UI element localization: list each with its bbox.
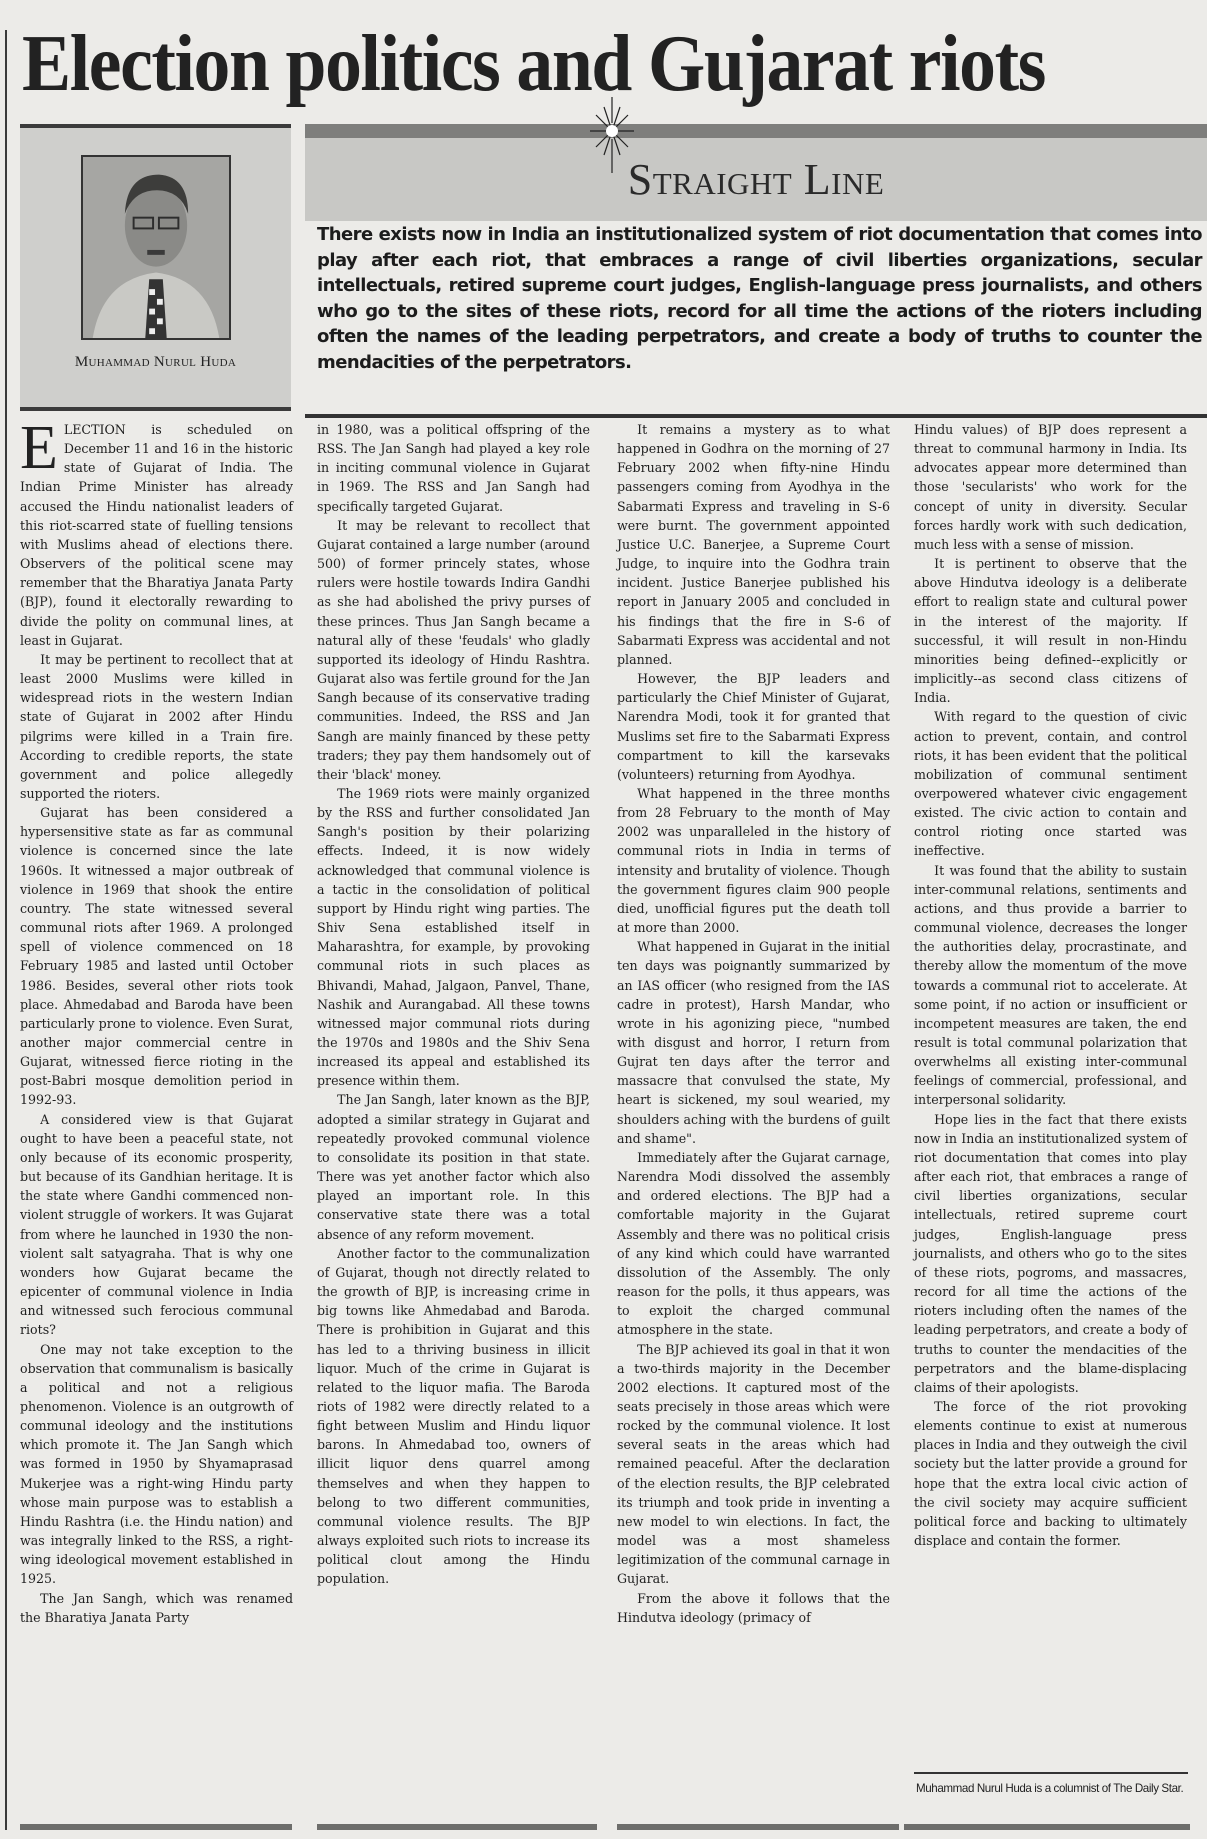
column-name: Straight Line [305,154,1207,206]
article-column-2: in 1980, was a political offspring of th… [317,420,590,1589]
bottom-rule [317,1824,597,1830]
paragraph: From the above it follows that the Hindu… [617,1589,890,1627]
paragraph: One may not take exception to the observ… [20,1340,293,1589]
drop-cap: E [20,422,58,474]
paragraph: The Jan Sangh, which was renamed the Bha… [20,1589,293,1627]
pull-quote: There exists now in India an institution… [317,222,1202,375]
paragraph: What happened in Gujarat in the initial … [617,937,890,1148]
article-column-4: Hindu values) of BJP does represent a th… [914,420,1187,1550]
banner-top-stripe [305,124,1207,138]
paragraph: The BJP achieved its goal in that it won… [617,1340,890,1589]
paragraph: The force of the riot provoking elements… [914,1397,1187,1550]
column-banner: Straight Line [305,124,1207,221]
paragraph: It is pertinent to observe that the abov… [914,554,1187,707]
paragraph: It remains a mystery as to what happened… [617,420,890,669]
paragraph: ELECTION is scheduled on December 11 and… [20,420,293,650]
headline: Election politics and Gujarat riots [22,14,1045,114]
author-note: Muhammad Nurul Huda is a columnist of Th… [916,1780,1192,1797]
bottom-rule [904,1824,1190,1830]
bottom-rule [617,1824,899,1830]
paragraph: Immediately after the Gujarat carnage, N… [617,1148,890,1340]
bottom-rule [20,1824,292,1830]
paragraph: However, the BJP leaders and particularl… [617,669,890,784]
paragraph: Hope lies in the fact that there exists … [914,1110,1187,1397]
paragraph: It may be pertinent to recollect that at… [20,650,293,803]
article-column-3: It remains a mystery as to what happened… [617,420,890,1627]
paragraph: in 1980, was a political offspring of th… [317,420,590,516]
author-note-rule [914,1772,1188,1774]
author-byline: Muhammad Nurul Huda [20,354,291,371]
paragraph: Gujarat has been considered a hypersensi… [20,803,293,1110]
paragraph: The Jan Sangh, later known as the BJP, a… [317,1090,590,1243]
author-photo-box: Muhammad Nurul Huda [20,124,291,411]
paragraph: Another factor to the communalization of… [317,1244,590,1589]
article-column-1: ELECTION is scheduled on December 11 and… [20,420,293,1627]
paragraph: With regard to the question of civic act… [914,707,1187,860]
starburst-icon [582,95,642,175]
author-photo [81,155,231,340]
portrait-icon [83,157,229,338]
paragraph: Hindu values) of BJP does represent a th… [914,420,1187,554]
paragraph: What happened in the three months from 2… [617,784,890,937]
paragraph: The 1969 riots were mainly organized by … [317,784,590,1091]
paragraph: A considered view is that Gujarat ought … [20,1110,293,1340]
pull-quote-rule [305,414,1207,418]
left-column-rule [5,30,7,1830]
paragraph: It was found that the ability to sustain… [914,861,1187,1110]
paragraph: It may be relevant to recollect that Guj… [317,516,590,784]
